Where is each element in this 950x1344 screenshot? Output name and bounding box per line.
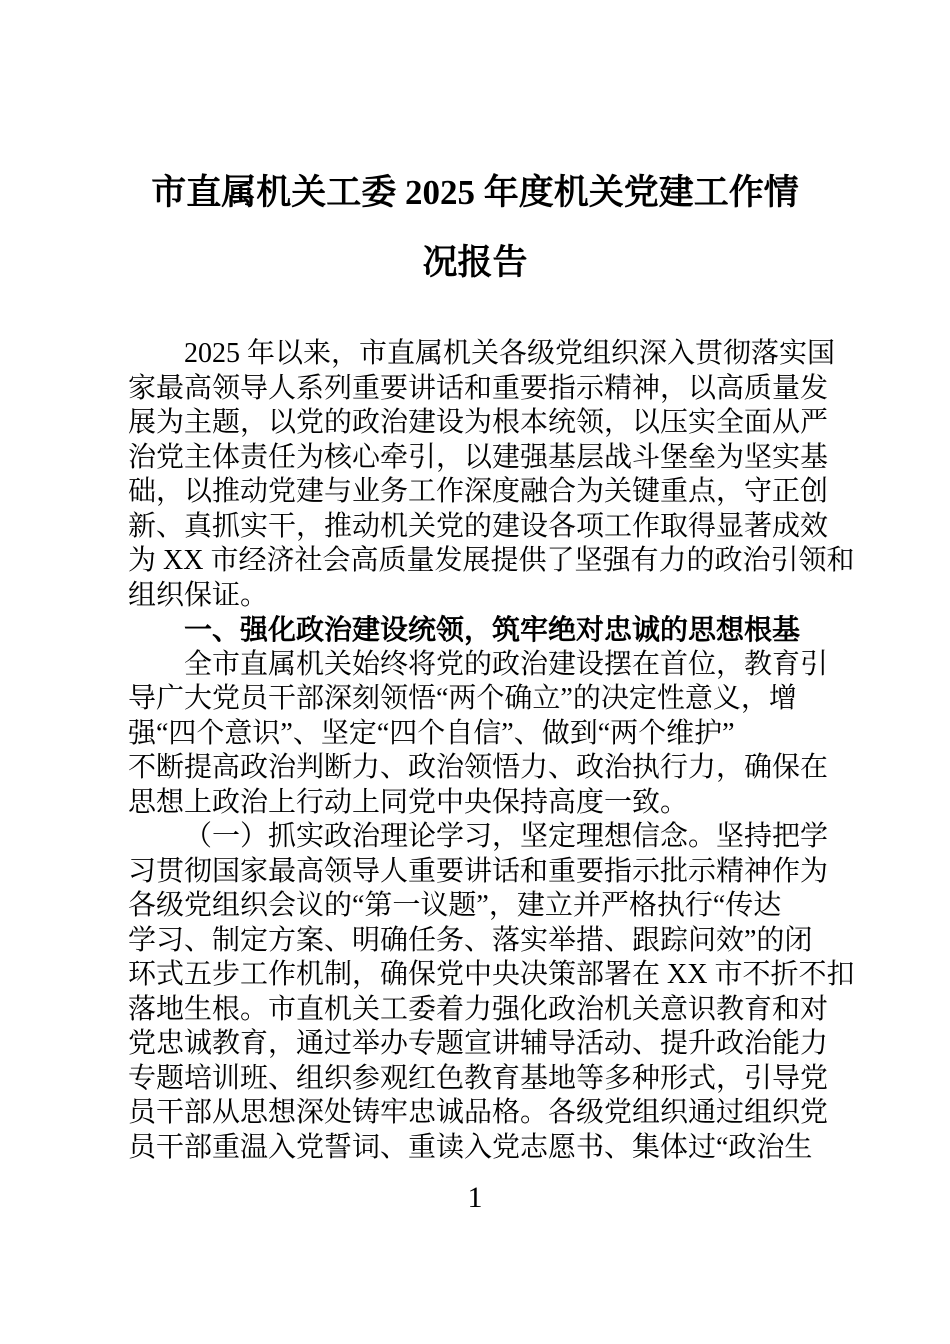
text-line: 各级党组织会议的“第一议题”，建立并严格执行“传达	[128, 889, 808, 924]
text-line: 家最高领导人系列重要讲话和重要指示精神，以高质量发	[128, 372, 808, 407]
section-heading: 一、强化政治建设统领，筑牢绝对忠诚的思想根基	[128, 613, 808, 648]
document-title: 市直属机关工委 2025 年度机关党建工作情 况报告	[0, 158, 950, 298]
text-line: 新、真抓实干，推动机关党的建设各项工作取得显著成效	[128, 510, 808, 545]
text-line: 为 XX 市经济社会高质量发展提供了坚强有力的政治引领和	[128, 544, 808, 579]
document-body: 2025 年以来，市直属机关各级党组织深入贯彻落实国家最高领导人系列重要讲话和重…	[128, 337, 808, 1165]
text-line: 思想上政治上行动上同党中央保持高度一致。	[128, 786, 808, 821]
text-line: 治党主体责任为核心牵引，以建强基层战斗堡垒为坚实基	[128, 441, 808, 476]
text-line: 组织保证。	[128, 579, 808, 614]
text-line: 础，以推动党建与业务工作深度融合为关键重点，守正创	[128, 475, 808, 510]
document-title-line-1: 市直属机关工委 2025 年度机关党建工作情	[0, 158, 950, 228]
text-line: 导广大党员干部深刻领悟“两个确立”的决定性意义，增	[128, 682, 808, 717]
text-line: 员干部重温入党誓词、重读入党志愿书、集体过“政治生	[128, 1131, 808, 1166]
text-line: 员干部从思想深处铸牢忠诚品格。各级党组织通过组织党	[128, 1096, 808, 1131]
text-line: 一、强化政治建设统领，筑牢绝对忠诚的思想根基	[128, 613, 808, 648]
document-title-line-2: 况报告	[0, 228, 950, 298]
text-line: 强“四个意识”、坚定“四个自信”、做到“两个维护”	[128, 717, 808, 752]
text-line: 落地生根。市直机关工委着力强化政治机关意识教育和对	[128, 993, 808, 1028]
text-line: 展为主题，以党的政治建设为根本统领，以压实全面从严	[128, 406, 808, 441]
text-line: （一）抓实政治理论学习，坚定理想信念。坚持把学	[128, 820, 808, 855]
text-line: 党忠诚教育，通过举办专题宣讲辅导活动、提升政治能力	[128, 1027, 808, 1062]
text-line: 习贯彻国家最高领导人重要讲话和重要指示批示精神作为	[128, 855, 808, 890]
page-number: 1	[468, 1181, 483, 1214]
page-footer: 1	[0, 1181, 950, 1215]
body-paragraph: （一）抓实政治理论学习，坚定理想信念。坚持把学习贯彻国家最高领导人重要讲话和重要…	[128, 820, 808, 1165]
body-paragraph: 全市直属机关始终将党的政治建设摆在首位，教育引导广大党员干部深刻领悟“两个确立”…	[128, 648, 808, 821]
text-line: 不断提高政治判断力、政治领悟力、政治执行力，确保在	[128, 751, 808, 786]
body-paragraph: 2025 年以来，市直属机关各级党组织深入贯彻落实国家最高领导人系列重要讲话和重…	[128, 337, 808, 613]
text-line: 专题培训班、组织参观红色教育基地等多种形式，引导党	[128, 1062, 808, 1097]
text-line: 全市直属机关始终将党的政治建设摆在首位，教育引	[128, 648, 808, 683]
text-line: 2025 年以来，市直属机关各级党组织深入贯彻落实国	[128, 337, 808, 372]
document-page: 市直属机关工委 2025 年度机关党建工作情 况报告 2025 年以来，市直属机…	[0, 0, 950, 1344]
text-line: 环式五步工作机制，确保党中央决策部署在 XX 市不折不扣	[128, 958, 808, 993]
text-line: 学习、制定方案、明确任务、落实举措、跟踪问效”的闭	[128, 924, 808, 959]
